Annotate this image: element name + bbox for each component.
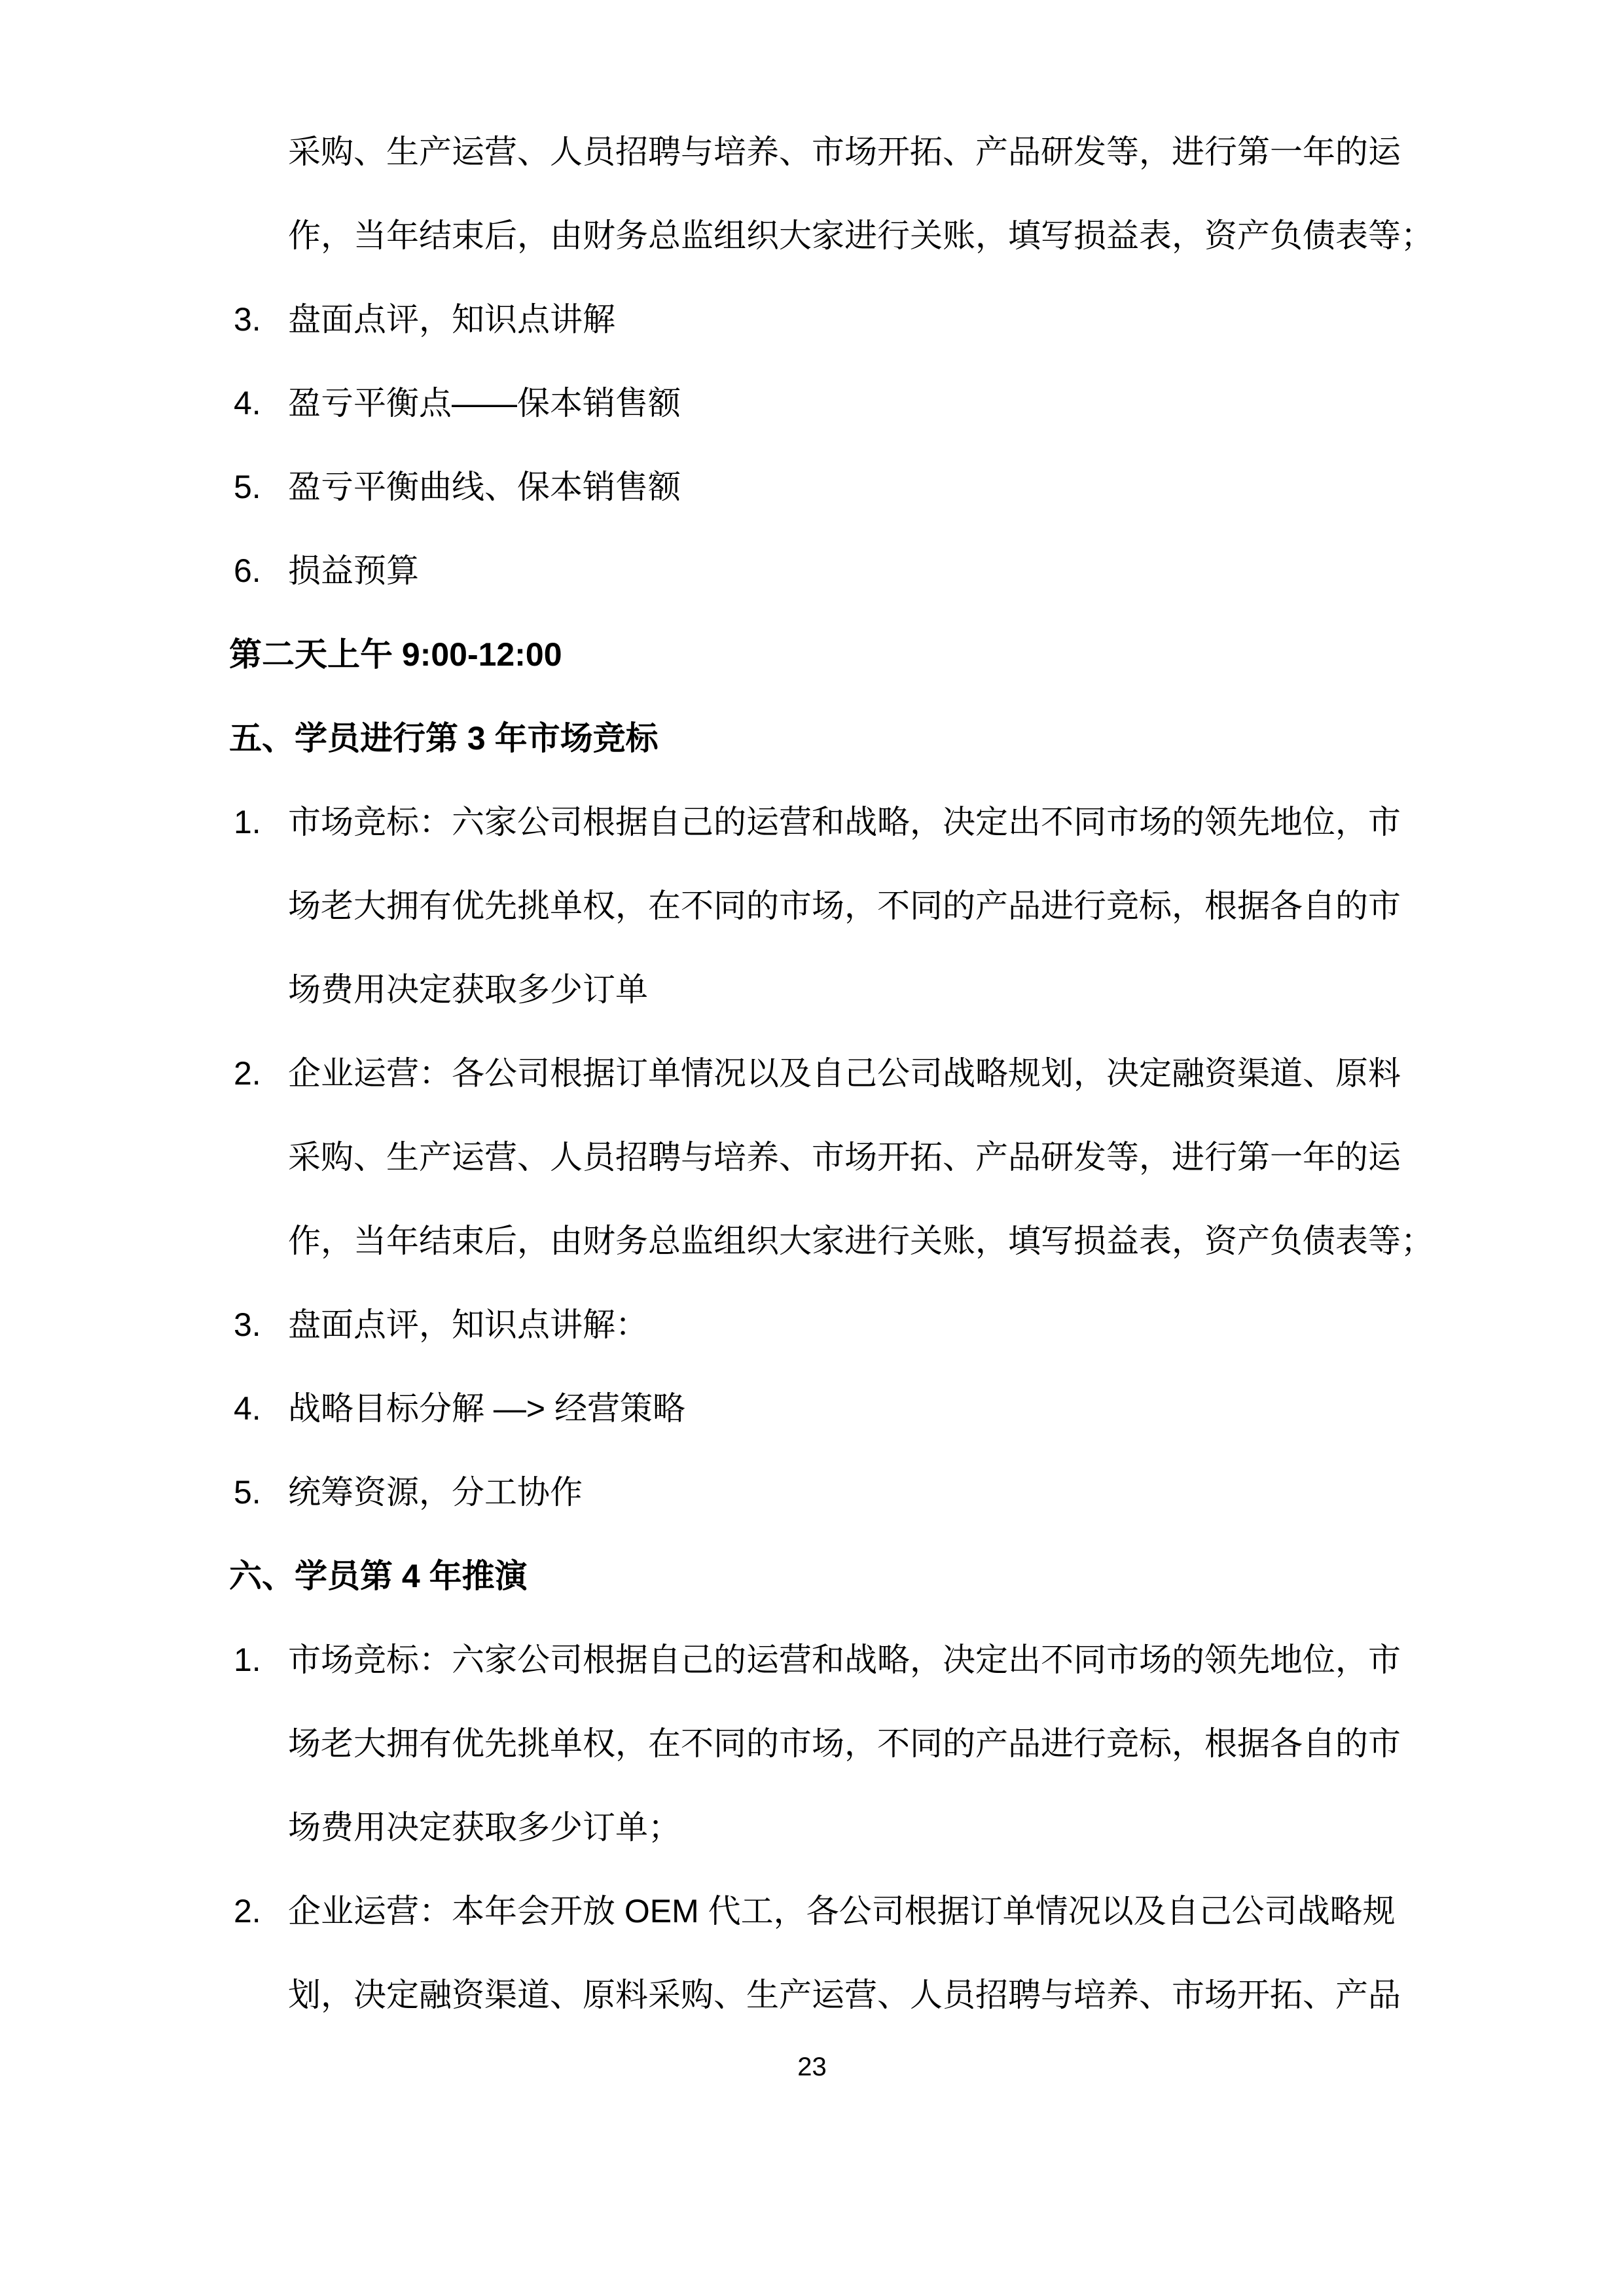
section-5-list: 1. 市场竞标：六家公司根据自己的运营和战略，决定出不同市场的领先地位，市 场老… (0, 780, 1624, 1534)
section-6-heading: 六、学员第 4 年推演 (229, 1534, 1624, 1618)
item-number: 1. (234, 780, 288, 1031)
item-text: 盘面点评，知识点讲解： (288, 1283, 1460, 1367)
item-text: 市场竞标：六家公司根据自己的运营和战略，决定出不同市场的领先地位，市 场老大拥有… (288, 780, 1460, 1031)
item-text: 统筹资源，分工协作 (288, 1450, 1460, 1534)
continuation-paragraph: 采购、生产运营、人员招聘与培养、市场开拓、产品研发等，进行第一年的运 作，当年结… (288, 110, 1460, 278)
item-number: 4. (234, 361, 288, 445)
item-text: 市场竞标：六家公司根据自己的运营和战略，决定出不同市场的领先地位，市 场老大拥有… (288, 1618, 1460, 1869)
item-number: 1. (234, 1618, 288, 1869)
list-item: 4. 战略目标分解 —> 经营策略 (234, 1367, 1624, 1450)
list-item-continuation: 采购、生产运营、人员招聘与培养、市场开拓、产品研发等，进行第一年的运 作，当年结… (234, 110, 1624, 278)
page-number: 23 (0, 2054, 1624, 2080)
item-text: 盈亏平衡点——保本销售额 (288, 361, 1460, 445)
item-number: 3. (234, 1283, 288, 1367)
list-item: 3. 盘面点评，知识点讲解： (234, 1283, 1624, 1367)
item-number: 3. (234, 278, 288, 361)
list-item: 5. 统筹资源，分工协作 (234, 1450, 1624, 1534)
item-text: 战略目标分解 —> 经营策略 (288, 1367, 1460, 1450)
item-number: 5. (234, 445, 288, 529)
list-item: 6. 损益预算 (234, 529, 1624, 613)
list-item: 3. 盘面点评，知识点讲解 (234, 278, 1624, 361)
section-6-list: 1. 市场竞标：六家公司根据自己的运营和战略，决定出不同市场的领先地位，市 场老… (0, 1618, 1624, 2037)
document-page: 采购、生产运营、人员招聘与培养、市场开拓、产品研发等，进行第一年的运 作，当年结… (0, 0, 1624, 2296)
item-text: 盘面点评，知识点讲解 (288, 278, 1460, 361)
list-item: 5. 盈亏平衡曲线、保本销售额 (234, 445, 1624, 529)
item-text: 损益预算 (288, 529, 1460, 613)
list-item: 1. 市场竞标：六家公司根据自己的运营和战略，决定出不同市场的领先地位，市 场老… (234, 1618, 1624, 1869)
list-item: 4. 盈亏平衡点——保本销售额 (234, 361, 1624, 445)
item-number: 2. (234, 1869, 288, 2037)
item-text: 盈亏平衡曲线、保本销售额 (288, 445, 1460, 529)
item-text: 企业运营：各公司根据订单情况以及自己公司战略规划，决定融资渠道、原料 采购、生产… (288, 1031, 1460, 1283)
list-item: 2. 企业运营：本年会开放 OEM 代工，各公司根据订单情况以及自己公司战略规 … (234, 1869, 1624, 2037)
item-number (234, 110, 288, 278)
section-5-heading: 五、学员进行第 3 年市场竞标 (229, 696, 1624, 780)
heading-day2-morning: 第二天上午 9:00-12:00 (229, 613, 1624, 696)
item-number: 5. (234, 1450, 288, 1534)
page-content: 采购、生产运营、人员招聘与培养、市场开拓、产品研发等，进行第一年的运 作，当年结… (0, 110, 1624, 2037)
item-text: 企业运营：本年会开放 OEM 代工，各公司根据订单情况以及自己公司战略规 划，决… (288, 1869, 1460, 2037)
continuation-list: 采购、生产运营、人员招聘与培养、市场开拓、产品研发等，进行第一年的运 作，当年结… (0, 110, 1624, 613)
item-number: 4. (234, 1367, 288, 1450)
list-item: 2. 企业运营：各公司根据订单情况以及自己公司战略规划，决定融资渠道、原料 采购… (234, 1031, 1624, 1283)
item-number: 6. (234, 529, 288, 613)
list-item: 1. 市场竞标：六家公司根据自己的运营和战略，决定出不同市场的领先地位，市 场老… (234, 780, 1624, 1031)
item-number: 2. (234, 1031, 288, 1283)
